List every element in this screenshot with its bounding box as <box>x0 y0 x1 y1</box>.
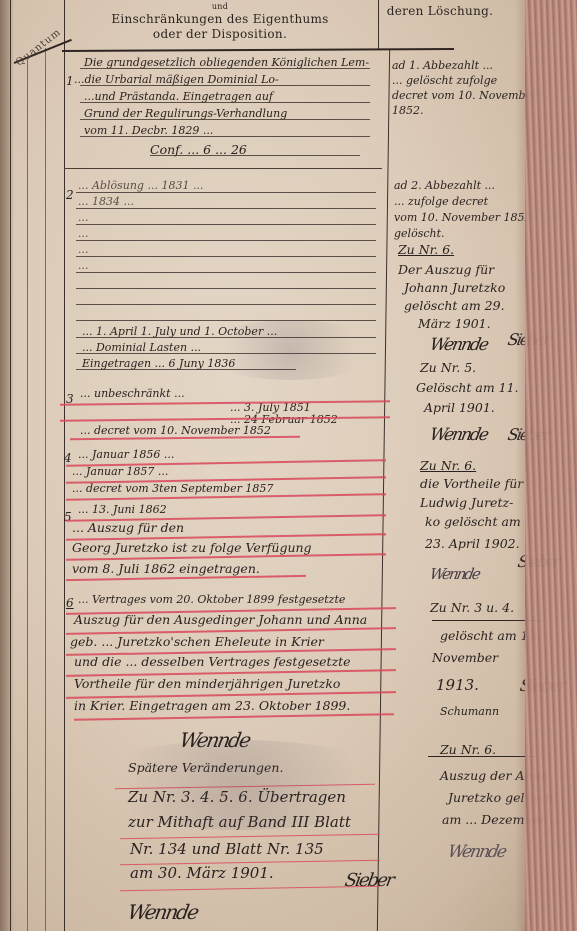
entry-1-strike <box>80 119 370 120</box>
red-strike <box>60 400 390 405</box>
register-page: und Einschränkungen des Eigenthums oder … <box>0 0 577 931</box>
deletion-3-line-2: Der Auszug für <box>398 264 494 277</box>
entry-5-line-3: Georg Juretzko ist zu folge Verfügung <box>72 542 312 555</box>
entry-2-line-2: ... 1834 ... <box>78 196 134 207</box>
book-spine-shadow <box>0 0 14 931</box>
ink-smudge <box>80 740 400 830</box>
deletion-3-line-5: März 1901. <box>418 318 491 331</box>
entry-2-line-3: ... <box>78 212 89 223</box>
entry-4-line-1: ... Januar 1856 ... <box>78 449 174 460</box>
deletion-4-line-3: April 1901. <box>424 402 495 415</box>
deletion-7-stamp-signature: Wennde <box>446 842 507 862</box>
entry-3-line-4: ... decret vom 10. November 1852 <box>80 425 271 436</box>
entry-4-line-2: ... Januar 1857 ... <box>72 466 168 477</box>
later-changes-line-3: Nr. 134 und Blatt Nr. 135 <box>130 842 324 857</box>
deletion-6-line-3: November <box>432 652 498 665</box>
header-disposition: oder der Disposition. <box>100 27 340 41</box>
deletion-4-line-1: Zu Nr. 5. <box>420 362 476 375</box>
entry-2-strike <box>76 272 376 273</box>
entry-number-1: 1 <box>66 74 74 88</box>
deletion-5-line-1: Zu Nr. 6. <box>420 460 476 473</box>
column-rule-quantum-2 <box>45 48 46 931</box>
entry-2-strike <box>76 240 376 241</box>
entry-2-strike <box>76 256 376 257</box>
deletion-1-line-2: ... gelöscht zufolge <box>392 75 497 86</box>
red-strike <box>60 416 390 421</box>
deletion-2-line-2: ... zufolge decret <box>394 196 488 207</box>
entry-2-strike <box>76 208 376 209</box>
entry-separator <box>64 168 382 169</box>
deletion-2-line-4: gelöscht. <box>394 228 445 239</box>
entry-6-line-4: und die ... desselben Vertrages festgese… <box>74 656 351 669</box>
deletion-5-line-2: die Vortheile für <box>420 478 523 491</box>
header-quantum: Quantum <box>14 27 63 69</box>
entry-6-line-1: ... Vertrages vom 20. Oktober 1899 festg… <box>78 594 345 605</box>
deletion-5-line-3: Ludwig Juretz- <box>420 497 513 510</box>
entry-6-line-3: geb. ... Juretzko'schen Eheleute in Krie… <box>70 636 324 649</box>
entry-1-line-4: Grund der Regulirungs-Verhandlung <box>84 108 287 119</box>
deletion-6-line-1: Zu Nr. 3 u. 4. <box>430 602 514 615</box>
entry-4-line-3: ... decret vom 3ten September 1857 <box>72 483 273 494</box>
deletion-6-stamp-name: Schumann <box>440 706 499 717</box>
ink-smudge <box>200 320 380 380</box>
registrar-signature-bottom: Wennde <box>126 900 199 924</box>
entry-3-line-1: ... unbeschränkt ... <box>80 388 185 399</box>
entry-2-line-1: ... Ablösung ... 1831 ... <box>78 180 203 191</box>
deletion-7-line-1: Zu Nr. 6. <box>440 744 496 757</box>
entry-number-5: 5 <box>64 510 72 524</box>
entry-number-6: 6 <box>66 596 74 610</box>
entry-1-line-3: ...und Prästanda. Eingetragen auf <box>84 91 273 102</box>
entry-2-strike <box>76 192 376 193</box>
entry-1-strike <box>80 85 370 86</box>
deletion-6-line-4: 1913. <box>436 678 479 693</box>
deletion-3-line-4: gelöscht am 29. <box>404 300 505 313</box>
header-einschraenkungen: Einschränkungen des Eigenthums <box>100 12 340 26</box>
later-changes-signer: Sieber <box>343 870 394 891</box>
header-deren-loeschung: deren Löschung. <box>385 4 495 18</box>
entry-2-strike <box>76 288 376 289</box>
entry-2-strike <box>76 320 376 321</box>
entry-2-line-4: ... <box>78 228 89 239</box>
deletion-2-line-3: vom 10. November 1852 <box>394 212 531 223</box>
entry-1-line-5: vom 11. Decbr. 1829 ... <box>84 125 213 136</box>
deletion-2-line-1: ad 2. Abbezahlt ... <box>394 180 495 191</box>
entry-6-line-2: Auszug für den Ausgedinger Johann und An… <box>74 614 367 627</box>
deletion-5-line-5: 23. April 1902. <box>425 538 520 551</box>
deletion-3-line-1: Zu Nr. 6. <box>398 244 454 257</box>
entry-5-line-4: vom 8. Juli 1862 eingetragen. <box>72 563 260 576</box>
header-und: und <box>190 2 250 11</box>
deletion-4-line-2: Gelöscht am 11. <box>416 382 519 395</box>
entry-2-strike <box>76 224 376 225</box>
entry-2-line-8: ... Dominial Lasten ... <box>82 342 201 353</box>
deletion-1-line-1: ad 1. Abbezahlt ... <box>392 60 493 71</box>
header-divider <box>62 48 454 52</box>
entry-1-strike <box>80 68 370 69</box>
entry-1-strike <box>80 102 370 103</box>
column-rule-left-outer <box>10 0 11 931</box>
entry-number-2: 2 <box>66 188 74 202</box>
entry-2-strike <box>76 304 376 305</box>
deletion-1-line-4: 1852. <box>392 105 424 116</box>
entry-2-line-6: ... <box>78 260 89 271</box>
entry-number-4: 4 <box>64 451 72 465</box>
red-underline <box>120 886 380 892</box>
entry-6-line-5: Vortheile für den minderjährigen Juretzk… <box>74 678 340 691</box>
entry-1-strike <box>80 136 370 137</box>
entry-1-line-2: ...die Urbarial mäßigen Dominial Lo- <box>74 74 279 85</box>
entry-1-strike <box>150 155 360 156</box>
deletion-5-line-4: ko gelöscht am <box>425 516 521 529</box>
entry-5-line-1: ... 13. Juni 1862 <box>78 504 167 515</box>
entry-6-line-6: in Krier. Eingetragen am 23. Oktober 189… <box>74 700 350 713</box>
deletion-5-stamp-signature: Wennde <box>428 565 480 583</box>
entry-2-line-5: ... <box>78 244 89 255</box>
column-rule-main-left <box>64 0 65 931</box>
red-strike <box>74 713 394 721</box>
deletion-3-stamp-signature: Wennde <box>428 335 489 355</box>
entry-1-line-1: Die grundgesetzlich obliegenden Königlic… <box>84 57 369 68</box>
later-changes-line-4: am 30. März 1901. <box>130 866 274 881</box>
book-page-edge <box>525 0 577 931</box>
deletion-3-line-3: Johann Juretzko <box>404 282 505 295</box>
column-rule-quantum-1 <box>27 60 28 931</box>
entry-5-line-2: ... Auszug für den <box>72 522 184 535</box>
column-rule-main-right <box>378 0 379 50</box>
deletion-4-stamp-signature: Wennde <box>428 425 489 445</box>
red-underline <box>120 834 380 840</box>
